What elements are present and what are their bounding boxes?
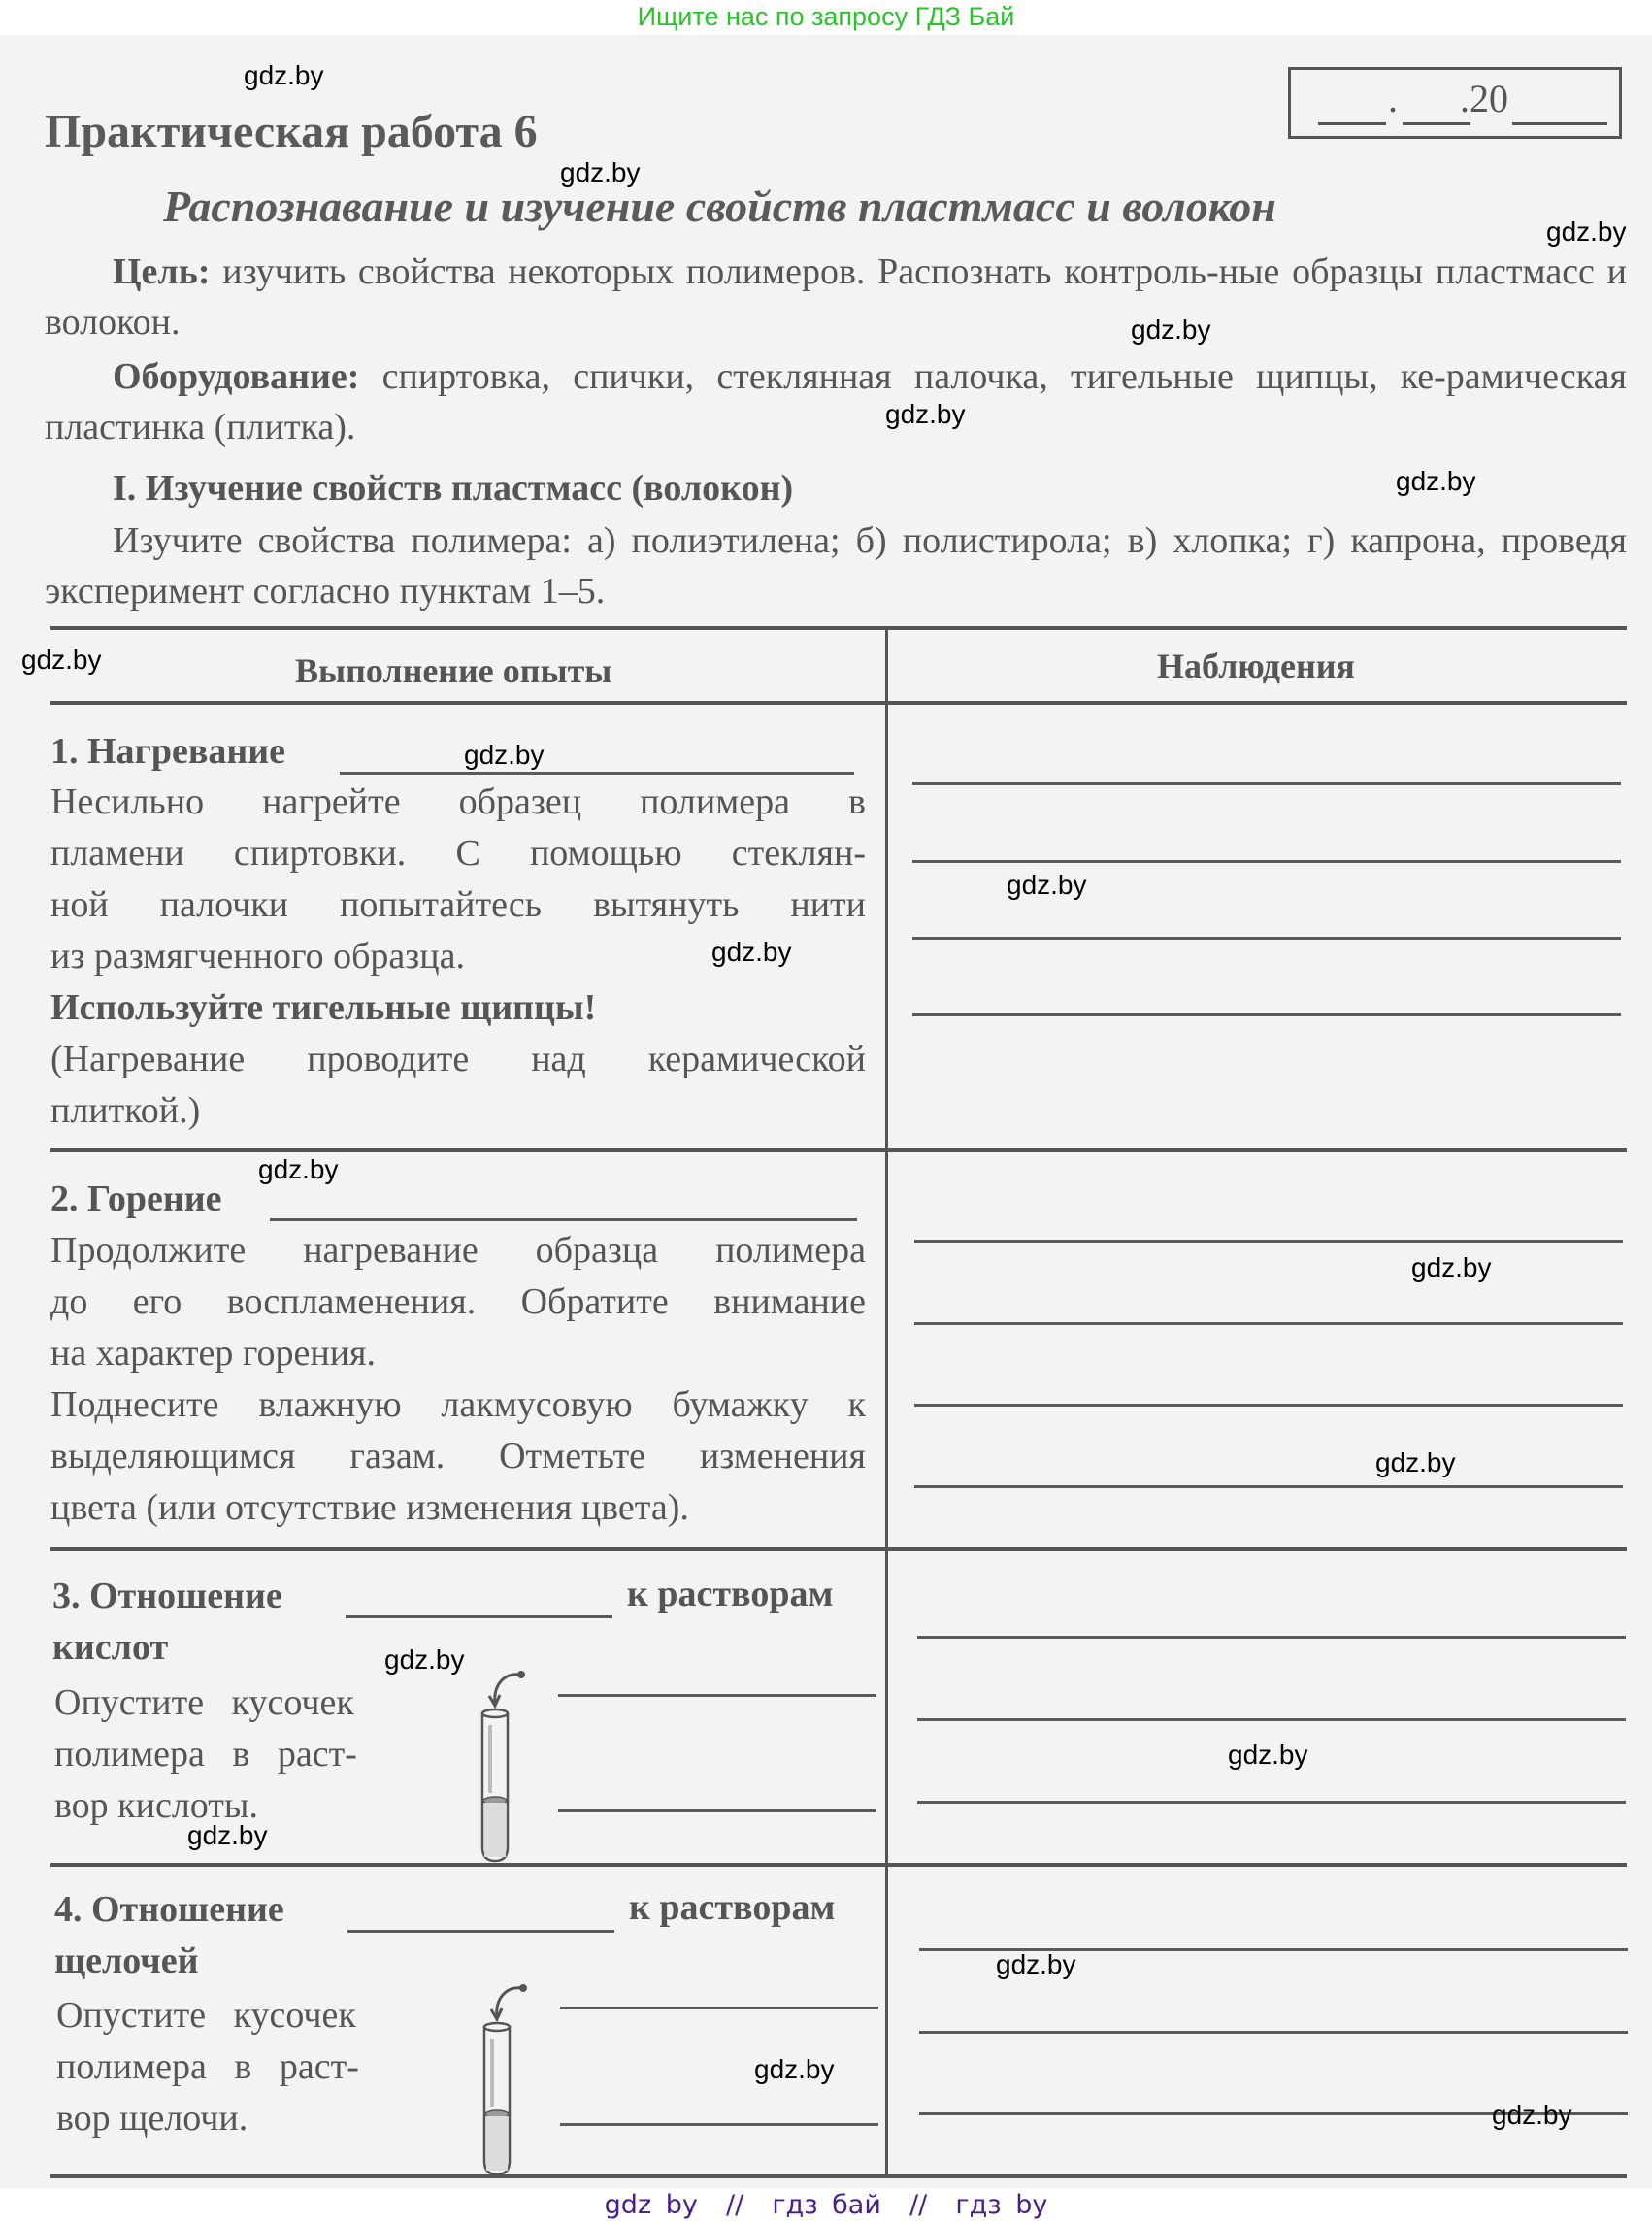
goal-text: изучить свойства некоторых полимеров. Ра… — [45, 251, 1627, 343]
row-title: 1. Нагревание — [50, 730, 285, 773]
row-instructions: Опустите кусочек полимера в раст- вор ки… — [54, 1677, 357, 1832]
answer-blank[interactable] — [270, 1218, 857, 1221]
answer-blank[interactable] — [347, 1930, 614, 1933]
date-field[interactable]: . .20 — [1288, 67, 1622, 139]
text-line: пламени спиртовки. С помощью стеклян- — [50, 828, 866, 879]
row-title-line2: щелочей — [54, 1940, 198, 1982]
row-instructions: Опустите кусочек полимера в раст- вор ще… — [56, 1990, 359, 2144]
watermark: gdz.by — [384, 1646, 465, 1674]
task-text: Изучите свойства полимера: а) полиэтилен… — [45, 520, 1627, 612]
watermark: gdz.by — [754, 2056, 835, 2083]
observation-line[interactable] — [912, 1013, 1621, 1016]
observation-line[interactable] — [912, 782, 1621, 785]
equipment-label: Оборудование: — [113, 356, 359, 397]
column-divider — [885, 626, 888, 2176]
goal-label: Цель: — [113, 251, 211, 292]
text-line: Опустите кусочек — [54, 1677, 357, 1729]
row-divider — [50, 1863, 1627, 1867]
text-line: ной палочки попытайтесь вытянуть нити — [50, 879, 866, 931]
col-header-observations: Наблюдения — [1157, 646, 1355, 686]
text-line: Продолжите нагревание образца полимера — [50, 1225, 866, 1277]
row-title-line2: кислот — [52, 1626, 168, 1669]
search-banner[interactable]: Ищите нас по запросу ГДЗ Бай — [0, 0, 1652, 35]
answer-blank[interactable] — [560, 2007, 878, 2009]
text-line: вор щелочи. — [56, 2093, 359, 2144]
watermark: gdz.by — [996, 1951, 1076, 1978]
text-line: выделяющимся газам. Отметьте изменения — [50, 1431, 866, 1482]
table-bottom-border — [50, 2174, 1627, 2178]
test-tube-icon — [466, 1665, 534, 1864]
text-line: полимера в раст- — [56, 2041, 359, 2093]
col-header-procedure: Выполнение опыты — [295, 650, 611, 691]
watermark: gdz.by — [187, 1822, 268, 1849]
row-divider — [50, 1148, 1627, 1152]
page-title: Практическая работа 6 — [45, 105, 538, 158]
answer-blank[interactable] — [558, 1809, 876, 1812]
date-separator: . — [1388, 76, 1398, 121]
watermark: gdz.by — [1007, 872, 1087, 899]
date-year-blank[interactable] — [1512, 122, 1607, 125]
answer-blank[interactable] — [346, 1615, 612, 1618]
goal-paragraph: Цель: изучить свойства некоторых полимер… — [45, 247, 1627, 348]
row-title: 2. Горение — [50, 1178, 222, 1220]
footer-links[interactable]: gdz by // гдз бай // гдз by — [0, 2188, 1652, 2223]
row-title: 3. Отношение — [52, 1575, 282, 1617]
answer-blank[interactable] — [560, 2123, 878, 2126]
watermark: gdz.by — [885, 401, 966, 428]
text-line: Опустите кусочек — [56, 1990, 359, 2041]
observation-line[interactable] — [919, 2031, 1628, 2034]
section-heading: I. Изучение свойств пластмасс (волокон) — [45, 463, 1627, 514]
row-title-suffix: к растворам — [627, 1573, 833, 1615]
observation-line[interactable] — [914, 1404, 1623, 1407]
watermark: gdz.by — [1492, 2102, 1572, 2129]
watermark: gdz.by — [21, 647, 102, 674]
watermark: gdz.by — [1131, 316, 1211, 344]
row-title: 4. Отношение — [54, 1888, 284, 1931]
text-line: Поднесите влажную лакмусовую бумажку к — [50, 1379, 866, 1431]
observation-line[interactable] — [912, 860, 1621, 863]
answer-blank[interactable] — [340, 772, 854, 775]
row-divider — [50, 1547, 1627, 1551]
row-title-suffix: к растворам — [629, 1886, 835, 1929]
equipment-paragraph: Оборудование: спиртовка, спички, стеклян… — [45, 351, 1627, 452]
watermark: gdz.by — [464, 742, 545, 769]
observation-line[interactable] — [914, 1240, 1623, 1243]
date-month-blank[interactable] — [1403, 122, 1470, 125]
text-line: цвета (или отсутствие изменения цвета). — [50, 1482, 866, 1534]
watermark: gdz.by — [1411, 1254, 1492, 1281]
section-heading-text: I. Изучение свойств пластмасс (волокон) — [113, 468, 793, 509]
watermark: gdz.by — [244, 62, 324, 89]
observation-line[interactable] — [917, 1636, 1626, 1639]
text-line: плиткой.) — [50, 1085, 866, 1137]
observation-line[interactable] — [914, 1485, 1623, 1488]
table-header-border — [50, 701, 1627, 705]
table-top-border — [50, 626, 1627, 630]
watermark: gdz.by — [560, 159, 641, 186]
date-year-prefix: .20 — [1460, 76, 1508, 121]
text-line: полимера в раст- — [54, 1729, 357, 1780]
watermark: gdz.by — [1375, 1449, 1456, 1476]
watermark: gdz.by — [1546, 218, 1627, 246]
page-subtitle: Распознавание и изучение свойств пластма… — [163, 181, 1276, 232]
answer-blank[interactable] — [558, 1694, 876, 1697]
text-line: до его воспламенения. Обратите внимание — [50, 1277, 866, 1328]
observation-line[interactable] — [917, 1801, 1626, 1804]
row-instructions: Продолжите нагревание образца полимера д… — [50, 1225, 866, 1534]
text-line: (Нагревание проводите над керамической — [50, 1034, 866, 1085]
observation-line[interactable] — [914, 1322, 1623, 1325]
date-day-blank[interactable] — [1318, 122, 1386, 125]
text-line: на характер горения. — [50, 1328, 866, 1379]
observation-line[interactable] — [912, 937, 1621, 940]
test-tube-icon — [468, 1978, 536, 2177]
observation-line[interactable] — [917, 1718, 1626, 1721]
watermark: gdz.by — [1396, 468, 1476, 495]
warning-text: Используйте тигельные щипцы! — [50, 982, 866, 1034]
watermark: gdz.by — [258, 1156, 339, 1183]
task-paragraph: Изучите свойства полимера: а) полиэтилен… — [45, 515, 1627, 616]
watermark: gdz.by — [1228, 1742, 1308, 1769]
watermark: gdz.by — [711, 939, 792, 966]
text-line: Несильно нагрейте образец полимера в — [50, 777, 866, 828]
